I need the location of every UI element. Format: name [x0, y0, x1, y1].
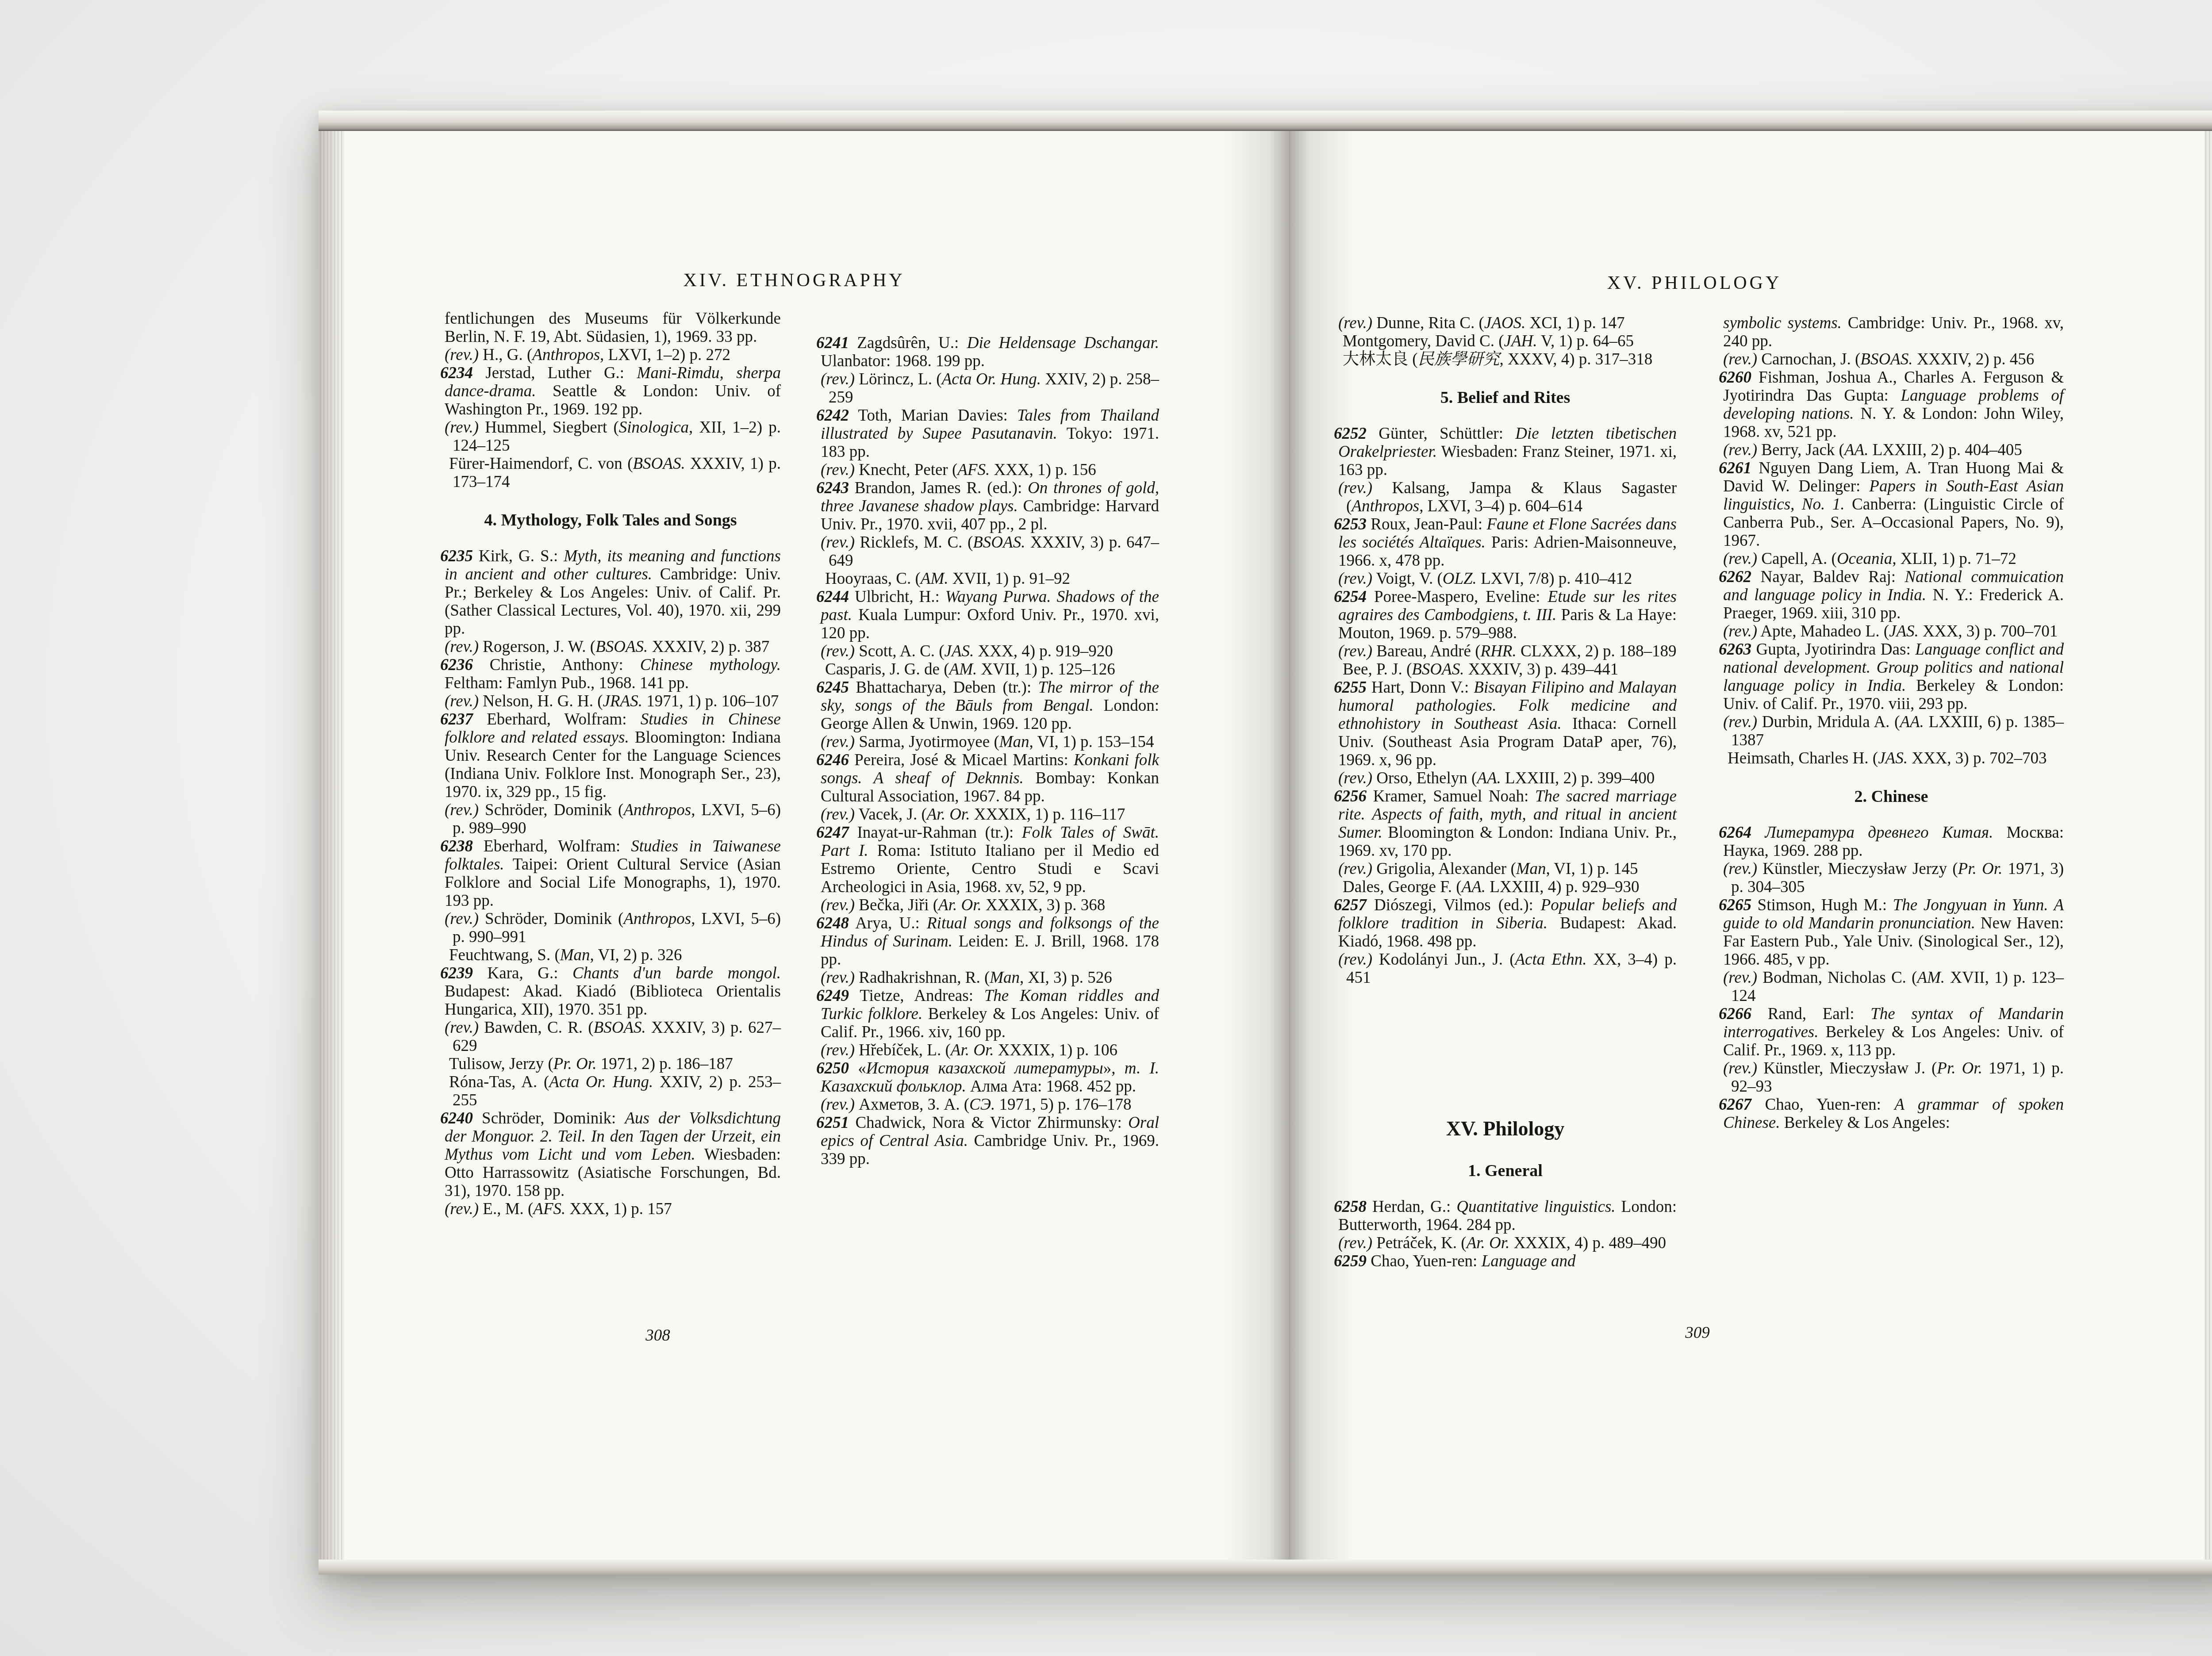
review-line: (rev.) Hummel, Siegbert (Sinologica, XII… — [440, 418, 781, 455]
text-run: (rev.) — [821, 533, 855, 552]
right-running-head: XV. PHILOLOGY — [1517, 272, 1871, 294]
review-line: (rev.) Capell, A. (Oceania, XLII, 1) p. … — [1719, 550, 2064, 568]
review-line: (rev.) Radhakrishnan, R. (Man, XI, 3) p.… — [816, 969, 1159, 987]
text-run: Eberhard, Wolfram: — [473, 710, 641, 728]
text-run: XXXIX, 1) p. 106 — [994, 1041, 1118, 1059]
book-top-page-edges — [319, 111, 2212, 131]
review-line: (rev.) Petráček, K. (Ar. Or. XXXIX, 4) p… — [1334, 1234, 1677, 1252]
book-left-page-edges — [319, 131, 344, 1560]
entry-number: 6240 — [440, 1109, 473, 1127]
review-line-secondary: Casparis, J. G. de (AM. XVII, 1) p. 125–… — [816, 660, 1159, 678]
text-run: Hart, Donn V.: — [1367, 678, 1474, 697]
bib-entry: 6250 «История казахской литературы», т. … — [816, 1059, 1159, 1096]
text-run: Roma: Istituto Italiano per il Medio ed … — [821, 842, 1159, 896]
left-page-number: 308 — [634, 1326, 682, 1345]
entry-number: 6245 — [816, 678, 849, 697]
entry-number: 6239 — [440, 964, 473, 982]
text-run: XXX, 3) p. 702–703 — [1908, 749, 2047, 767]
text-run: AM. — [921, 570, 949, 588]
review-line-secondary: Hooyraas, C. (AM. XVII, 1) p. 91–92 — [816, 570, 1159, 588]
text-run: XXXIV, 3) p. 439–441 — [1464, 660, 1618, 678]
text-run: AA. — [1844, 441, 1868, 459]
text-run: JAS. — [945, 642, 974, 660]
text-run: 1971, 1) p. 106–107 — [642, 692, 779, 710]
bib-entry: 6255 Hart, Donn V.: Bisayan Filipino and… — [1334, 678, 1677, 769]
text-run: 1971, 5) p. 176–178 — [995, 1096, 1131, 1114]
text-run: (rev.) — [445, 346, 479, 364]
review-line-secondary: Róna-Tas, A. (Acta Or. Hung. XXIV, 2) p.… — [440, 1073, 781, 1109]
text-run: Pr. Or. — [1937, 1059, 1982, 1077]
text-run: Diószegi, Vilmos (ed.): — [1367, 896, 1541, 914]
text-run: XXXIV, 2) p. 387 — [648, 638, 769, 656]
text-run: Language and — [1482, 1252, 1576, 1270]
bib-entry: 6244 Ulbricht, H.: Wayang Purwa. Shadows… — [816, 588, 1159, 642]
text-run: OLZ. — [1443, 570, 1477, 588]
text-run: (rev.) — [1723, 550, 1757, 568]
text-run: Schröder, Dominik: — [473, 1109, 625, 1127]
text-run: XVII, 1) p. 125–126 — [977, 660, 1115, 678]
text-run: AM. — [949, 660, 977, 678]
text-run: , XI, 3) p. 526 — [1020, 969, 1112, 987]
text-run: Chinese mythology. — [640, 656, 781, 674]
bib-entry: 6246 Pereira, José & Micael Martins: Kon… — [816, 751, 1159, 805]
bib-entry: 6239 Kara, G.: Chants d'un barde mongol.… — [440, 964, 781, 1019]
text-run: Gupta, Jyotirindra Das: — [1751, 640, 1915, 659]
text-run: AFS. — [533, 1200, 565, 1218]
text-run: 2. Chinese — [1855, 787, 1928, 806]
text-run: (rev.) — [1723, 969, 1757, 987]
text-run: , LXVI, 1–2) p. 272 — [600, 346, 730, 364]
review-line: (rev.) Künstler, Mieczysław J. (Pr. Or. … — [1719, 1059, 2064, 1096]
text-run: Capell, A. ( — [1757, 550, 1837, 568]
bib-entry: 6245 Bhattacharya, Deben (tr.): The mirr… — [816, 678, 1159, 733]
text-run: XXXIV, 2) p. 456 — [1912, 350, 2034, 368]
entry-number: 6236 — [440, 656, 473, 674]
review-line: (rev.) Bareau, André (RHR. CLXXX, 2) p. … — [1334, 642, 1677, 660]
text-run: Bečka, Jiři ( — [855, 896, 938, 914]
bib-entry: 6266 Rand, Earl: The syntax of Mandarin … — [1719, 1005, 2064, 1059]
review-line-secondary: Fürer-Haimendorf, C. von (BSOAS. XXXIV, … — [440, 455, 781, 491]
text-run: Sarma, Jyotirmoyee ( — [855, 733, 999, 751]
text-run: JAH. — [1504, 332, 1537, 350]
text-run: Vacek, J. ( — [855, 805, 927, 824]
text-run: (rev.) — [445, 638, 479, 656]
text-run: (rev.) — [821, 969, 855, 987]
text-run: Künstler, Mieczysław Jerzy ( — [1757, 860, 1958, 878]
left-page-column-2: 6241 Zagdsûrên, U.: Die Heldensage Dscha… — [816, 334, 1159, 1168]
text-run: AA. — [1477, 769, 1501, 787]
review-line: (rev.) Kalsang, Jampa & Klaus Sagaster (… — [1334, 479, 1677, 515]
text-run: Casparis, J. G. de ( — [825, 660, 949, 678]
review-line: (rev.) Bodman, Nicholas C. (AM. XVII, 1)… — [1719, 969, 2064, 1005]
entry-number: 6266 — [1719, 1005, 1751, 1023]
text-run: Oceania — [1837, 550, 1892, 568]
text-run: CLXXX, 2) p. 188–189 — [1517, 642, 1677, 660]
review-line: (rev.) Ахметов, З. А. (СЭ. 1971, 5) p. 1… — [816, 1096, 1159, 1114]
text-run: XXX, 1) p. 157 — [565, 1200, 672, 1218]
review-line: (rev.) Bawden, C. R. (BSOAS. XXXIV, 3) p… — [440, 1019, 781, 1055]
text-run: 民族學研究 — [1418, 350, 1500, 368]
review-line: (rev.) Apte, Mahadeo L. (JAS. XXX, 3) p.… — [1719, 622, 2064, 640]
text-run: , VI, 2) p. 326 — [590, 946, 682, 964]
text-run: Tietze, Andreas: — [849, 987, 984, 1005]
bib-entry: 6260 Fishman, Joshua A., Charles A. Ferg… — [1719, 368, 2064, 441]
entry-number: 6265 — [1719, 896, 1751, 914]
text-run: Ar. Or. — [927, 805, 970, 824]
text-run: Tulisow, Jerzy ( — [449, 1055, 553, 1073]
text-run: Schröder, Dominik ( — [479, 910, 623, 928]
text-run — [1751, 824, 1765, 842]
text-run: symbolic systems. — [1723, 314, 1842, 332]
text-run: Ulanbator: 1968. 199 pp. — [821, 352, 985, 370]
text-run: Roux, Jean-Paul: — [1367, 515, 1486, 533]
text-run: (rev.) — [445, 692, 479, 710]
text-run: Carnochan, J. ( — [1757, 350, 1860, 368]
bib-entry: 6258 Herdan, G.: Quantitative linguistic… — [1334, 1198, 1677, 1234]
text-run: Ulbricht, H.: — [849, 588, 945, 606]
text-run: , LXVI, 3–4) p. 604–614 — [1419, 497, 1582, 515]
text-run: (rev.) — [821, 733, 855, 751]
text-run: 1971, 2) p. 186–187 — [596, 1055, 733, 1073]
text-run: Алма Ата: 1968. 452 pp. — [966, 1077, 1136, 1096]
text-run: Berkeley & Los Angeles: — [1780, 1114, 1950, 1132]
entry-number: 6244 — [816, 588, 849, 606]
text-run: Jerstad, Luther G.: — [473, 364, 637, 382]
review-line: (rev.) Kodolányi Jun., J. (Acta Ethn. XX… — [1334, 951, 1677, 987]
text-run: Ricklefs, M. C. ( — [855, 533, 973, 552]
entry-number: 6235 — [440, 547, 473, 565]
text-run: V, 1) p. 64–65 — [1537, 332, 1634, 350]
bib-entry: 6262 Nayar, Baldev Raj: National commuic… — [1719, 568, 2064, 622]
text-run: Knecht, Peter ( — [855, 461, 957, 479]
text-run: 4. Mythology, Folk Tales and Songs — [484, 511, 737, 529]
text-run: LXVI, 7/8) p. 410–412 — [1477, 570, 1632, 588]
text-run: XXXIX, 3) p. 368 — [982, 896, 1106, 914]
bib-entry: 6241 Zagdsûrên, U.: Die Heldensage Dscha… — [816, 334, 1159, 370]
text-run: JAS. — [1889, 622, 1919, 640]
text-run: Eberhard, Wolfram: — [473, 837, 631, 855]
review-line: (rev.) Vacek, J. (Ar. Or. XXXIX, 1) p. 1… — [816, 805, 1159, 824]
text-run: Bodman, Nicholas C. ( — [1757, 969, 1917, 987]
bib-entry: 6261 Nguyen Dang Liem, A. Tran Huong Mai… — [1719, 459, 2064, 550]
text-run: Ar. Or. — [938, 896, 982, 914]
text-run: Sinologica — [619, 418, 689, 437]
entry-number: 6247 — [816, 824, 849, 842]
text-run: Pr. Or. — [553, 1055, 597, 1073]
text-run: Kara, G.: — [473, 964, 572, 982]
text-run: Inayat-ur-Rahman (tr.): — [849, 824, 1022, 842]
text-run: Hooyraas, C. ( — [825, 570, 921, 588]
text-run: Montgomery, David C. ( — [1343, 332, 1504, 350]
text-run: Durbin, Mridula A. ( — [1757, 713, 1900, 731]
entry-number: 6243 — [816, 479, 849, 497]
text-run: Zagdsûrên, U.: — [849, 334, 967, 352]
review-line: (rev.) Bečka, Jiři (Ar. Or. XXXIX, 3) p.… — [816, 896, 1159, 914]
text-run: Acta Or. Hung. — [942, 370, 1041, 388]
text-run: XVII, 1) p. 91–92 — [948, 570, 1070, 588]
bib-entry: 6256 Kramer, Samuel Noah: The sacred mar… — [1334, 787, 1677, 860]
text-run: Voigt, V. ( — [1372, 570, 1443, 588]
text-run: (rev.) — [821, 805, 855, 824]
entry-number: 6260 — [1719, 368, 1751, 387]
text-run: Chao, Yuen-ren: — [1751, 1096, 1894, 1114]
text-run: Quantitative linguistics. — [1456, 1198, 1615, 1216]
review-line: (rev.) Lörincz, L. (Acta Or. Hung. XXIV,… — [816, 370, 1159, 406]
text-run: BSOAS. — [633, 455, 685, 473]
entry-number: 6248 — [816, 914, 849, 932]
text-run: Pr. Or. — [1958, 860, 2003, 878]
text-run: BSOAS. — [973, 533, 1025, 552]
text-run: Kirk, G. S.: — [473, 547, 564, 565]
text-run: Christie, Anthony: — [473, 656, 640, 674]
text-run: Radhakrishnan, R. ( — [855, 969, 990, 987]
text-run: Man — [990, 969, 1020, 987]
bib-entry: 6263 Gupta, Jyotirindra Das: Language co… — [1719, 640, 2064, 713]
bib-entry: 6247 Inayat-ur-Rahman (tr.): Folk Tales … — [816, 824, 1159, 896]
text-run: Anthropos — [623, 910, 691, 928]
text-run: Nayar, Baldev Raj: — [1751, 568, 1905, 586]
bib-entry: 6264 Литература древнего Китая. Москва: … — [1719, 824, 2064, 860]
text-run: (rev.) — [821, 1096, 855, 1114]
text-run: Hřebíček, L. ( — [855, 1041, 951, 1059]
bib-entry: 6236 Christie, Anthony: Chinese mytholog… — [440, 656, 781, 692]
text-run: Acta Or. Hung. — [549, 1073, 653, 1091]
text-run: Günter, Schüttler: — [1367, 425, 1515, 443]
text-run: XXX, 1) p. 156 — [990, 461, 1096, 479]
text-run: Dales, George F. ( — [1343, 878, 1462, 896]
text-run: AA. — [1462, 878, 1486, 896]
text-run: Acta Ethn. — [1515, 951, 1586, 969]
bib-entry: 6251 Chadwick, Nora & Victor Zhirmunsky:… — [816, 1114, 1159, 1168]
text-run: Scott, A. C. ( — [855, 642, 945, 660]
text-run: Anthropos — [623, 801, 691, 819]
review-line: (rev.) Scott, A. C. (JAS. XXX, 4) p. 919… — [816, 642, 1159, 660]
review-line: (rev.) Ricklefs, M. C. (BSOAS. XXXIV, 3)… — [816, 533, 1159, 570]
text-run: Bloomington & London: Indiana Univ. Pr.,… — [1338, 824, 1677, 860]
text-run: AM. — [1917, 969, 1945, 987]
bib-entry: 6254 Poree-Maspero, Eveline: Etude sur l… — [1334, 588, 1677, 642]
text-run: XV. Philology — [1446, 1117, 1565, 1140]
text-run: (rev.) — [445, 1019, 479, 1037]
text-run: Fürer-Haimendorf, C. von ( — [449, 455, 633, 473]
text-run: Orso, Ethelyn ( — [1372, 769, 1477, 787]
text-run: RHR. — [1481, 642, 1517, 660]
left-running-head: XIV. ETHNOGRAPHY — [617, 270, 971, 291]
review-line-secondary: 大林太良 (民族學研究, XXXV, 4) p. 317–318 — [1334, 350, 1677, 368]
right-page-number: 309 — [1673, 1323, 1722, 1342]
left-page-column-1: fentlichungen des Museums für Völkerkund… — [440, 310, 781, 1218]
text-run: E., M. ( — [479, 1200, 533, 1218]
text-run: Man — [1516, 860, 1546, 878]
entry-number: 6263 — [1719, 640, 1751, 659]
text-run: JAS. — [1878, 749, 1908, 767]
review-line-secondary: Montgomery, David C. (JAH. V, 1) p. 64–6… — [1334, 332, 1677, 350]
review-line: (rev.) E., M. (AFS. XXX, 1) p. 157 — [440, 1200, 781, 1218]
open-book: XIV. ETHNOGRAPHY XV. PHILOLOGY fentlichu… — [319, 111, 2212, 1575]
text-run: Chadwick, Nora & Victor Zhirmunsky: — [849, 1114, 1128, 1132]
entry-number: 6262 — [1719, 568, 1751, 586]
section-heading: 1. General — [1334, 1162, 1677, 1180]
bib-entry: 6237 Eberhard, Wolfram: Studies in Chine… — [440, 710, 781, 801]
text-run: (rev.) — [1723, 860, 1757, 878]
book-photo-background: XIV. ETHNOGRAPHY XV. PHILOLOGY fentlichu… — [0, 0, 2212, 1656]
text-run: Lörincz, L. ( — [855, 370, 942, 388]
bib-entry: 6234 Jerstad, Luther G.: Mani-Rimdu, she… — [440, 364, 781, 418]
text-run: Heimsath, Charles H. ( — [1728, 749, 1878, 767]
review-line: (rev.) Sarma, Jyotirmoyee (Man, VI, 1) p… — [816, 733, 1159, 751]
review-line: (rev.) Künstler, Mieczysław Jerzy (Pr. O… — [1719, 860, 2064, 896]
text-run: , VI, 1) p. 153–154 — [1029, 733, 1154, 751]
text-run: (rev.) — [1723, 350, 1757, 368]
section-heading: 2. Chinese — [1719, 788, 2064, 806]
entry-number: 6261 — [1719, 459, 1751, 477]
right-page-column-2: symbolic systems. Cambridge: Univ. Pr., … — [1719, 314, 2064, 1132]
text-run: XXX, 4) p. 919–920 — [974, 642, 1113, 660]
bib-entry: 6267 Chao, Yuen-ren: A grammar of spoken… — [1719, 1096, 2064, 1132]
text-run: Feltham: Famlyn Pub., 1968. 141 pp. — [445, 674, 689, 692]
text-run: Anthropos — [532, 346, 600, 364]
text-run: AFS. — [957, 461, 990, 479]
text-run: LXXIII, 4) p. 929–930 — [1486, 878, 1639, 896]
review-line: (rev.) Grigolia, Alexander (Man, VI, 1) … — [1334, 860, 1677, 878]
bib-entry: 6252 Günter, Schüttler: Die letzten tibe… — [1334, 425, 1677, 479]
book-right-page-edges — [2204, 131, 2212, 1560]
section-heading: 5. Belief and Rites — [1334, 389, 1677, 407]
text-run: 1. General — [1468, 1161, 1543, 1180]
text-run: (rev.) — [1723, 1059, 1757, 1077]
entry-number: 6238 — [440, 837, 473, 855]
bib-entry: 6238 Eberhard, Wolfram: Studies in Taiwa… — [440, 837, 781, 910]
text-run: Ar. Or. — [1467, 1234, 1510, 1252]
bib-entry: 6240 Schröder, Dominik: Aus der Volksdic… — [440, 1109, 781, 1200]
text-run: BSOAS. — [594, 1019, 646, 1037]
text-run: JRAS. — [603, 692, 642, 710]
bib-entry: 6259 Chao, Yuen-ren: Language and — [1334, 1252, 1677, 1270]
entry-number: 6246 — [816, 751, 849, 769]
review-line: (rev.) Dunne, Rita C. (JAOS. XCI, 1) p. … — [1334, 314, 1677, 332]
text-run: Ar. Or. — [951, 1041, 994, 1059]
bib-entry: 6235 Kirk, G. S.: Myth, its meaning and … — [440, 547, 781, 638]
text-run: Kuala Lumpur: Oxford Univ. Pr., 1970. xv… — [821, 606, 1159, 642]
review-line: (rev.) Rogerson, J. W. (BSOAS. XXXIV, 2)… — [440, 638, 781, 656]
text-run: Budapest: Akad. Kiadó (Biblioteca Orient… — [445, 982, 781, 1019]
review-line-secondary: Feuchtwang, S. (Man, VI, 2) p. 326 — [440, 946, 781, 964]
text-run: , VI, 1) p. 145 — [1546, 860, 1638, 878]
text-run: , XXXV, 4) p. 317–318 — [1500, 350, 1653, 368]
text-run: », — [1103, 1059, 1125, 1077]
text-run: Bawden, C. R. ( — [479, 1019, 594, 1037]
review-line: (rev.) Durbin, Mridula A. (AA. LXXIII, 6… — [1719, 713, 2064, 749]
text-run: СЭ. — [969, 1096, 995, 1114]
text-run: (rev.) — [445, 418, 479, 437]
text-run: (rev.) — [445, 801, 479, 819]
text-run: (rev.) — [1723, 713, 1757, 731]
book-gutter-shadow — [1223, 131, 1356, 1560]
entry-number: 6249 — [816, 987, 849, 1005]
text-run: Poree-Maspero, Eveline: — [1367, 588, 1548, 606]
text-run: , XLII, 1) p. 71–72 — [1892, 550, 2016, 568]
book-bottom-page-edges — [319, 1560, 2212, 1575]
text-run: (rev.) — [821, 1041, 855, 1059]
text-run: Dunne, Rita C. ( — [1372, 314, 1484, 332]
text-run: LXXIII, 2) p. 399–400 — [1501, 769, 1655, 787]
text-run: fentlichungen des Museums für Völkerkund… — [445, 310, 781, 346]
text-run: (rev.) — [445, 1200, 479, 1218]
text-run: (rev.) — [821, 896, 855, 914]
text-run: Chao, Yuen-ren: — [1367, 1252, 1482, 1270]
text-run: Hummel, Siegbert ( — [479, 418, 619, 437]
entry-number: 6251 — [816, 1114, 849, 1132]
text-run: XXX, 3) p. 700–701 — [1919, 622, 2058, 640]
chapter-heading: XV. Philology — [1334, 1119, 1677, 1138]
text-run: Feuchtwang, S. ( — [449, 946, 560, 964]
review-line: (rev.) Schröder, Dominik (Anthropos, LXV… — [440, 910, 781, 946]
review-line: (rev.) Schröder, Dominik (Anthropos, LXV… — [440, 801, 781, 837]
entry-number: 6242 — [816, 406, 849, 425]
text-run: Bareau, André ( — [1372, 642, 1481, 660]
section-heading: 4. Mythology, Folk Tales and Songs — [440, 511, 781, 529]
entry-number: 6241 — [816, 334, 849, 352]
text-run: (rev.) — [1723, 622, 1757, 640]
review-line: (rev.) Berry, Jack (AA. LXXIII, 2) p. 40… — [1719, 441, 2064, 459]
text-run: BSOAS. — [1860, 350, 1912, 368]
review-line-secondary: Bee, P. J. (BSOAS. XXXIV, 3) p. 439–441 — [1334, 660, 1677, 678]
text-run: Ахметов, З. А. ( — [855, 1096, 969, 1114]
review-line: (rev.) Voigt, V. (OLZ. LXVI, 7/8) p. 410… — [1334, 570, 1677, 588]
text-run: Brandon, James R. (ed.): — [849, 479, 1028, 497]
bib-entry: 6265 Stimson, Hugh M.: The Jongyuan in Y… — [1719, 896, 2064, 969]
review-line: (rev.) Nelson, H. G. H. (JRAS. 1971, 1) … — [440, 692, 781, 710]
text-run: Литература древнего Китая. — [1765, 824, 1993, 842]
right-page-column-1: (rev.) Dunne, Rita C. (JAOS. XCI, 1) p. … — [1334, 314, 1677, 1270]
text-run: (rev.) — [821, 370, 855, 388]
text-run: AA. — [1900, 713, 1924, 731]
entry-number: 6264 — [1719, 824, 1751, 842]
text-run: (rev.) — [821, 642, 855, 660]
text-run: Anthropos — [1352, 497, 1419, 515]
text-run: История казахской литературы — [866, 1059, 1103, 1077]
text-run: Die Heldensage Dschangar. — [967, 334, 1159, 352]
text-run: (rev.) — [1723, 441, 1757, 459]
bib-entry-continuation: fentlichungen des Museums für Völkerkund… — [440, 310, 781, 346]
text-run: (rev.) — [821, 461, 855, 479]
review-line: (rev.) H., G. (Anthropos, LXVI, 1–2) p. … — [440, 346, 781, 364]
review-line: (rev.) Knecht, Peter (AFS. XXX, 1) p. 15… — [816, 461, 1159, 479]
bib-entry: 6249 Tietze, Andreas: The Koman riddles … — [816, 987, 1159, 1041]
review-line: (rev.) Hřebíček, L. (Ar. Or. XXXIX, 1) p… — [816, 1041, 1159, 1059]
text-run: XXXIX, 1) p. 116–117 — [970, 805, 1125, 824]
text-run: Rand, Earl: — [1751, 1005, 1870, 1023]
entry-number: 6250 — [816, 1059, 849, 1077]
text-run: Kodolányi Jun., J. ( — [1372, 951, 1515, 969]
text-run: H., G. ( — [479, 346, 532, 364]
text-run: Grigolia, Alexander ( — [1372, 860, 1516, 878]
text-run: Petráček, K. ( — [1372, 1234, 1467, 1252]
text-run: Róna-Tas, A. ( — [449, 1073, 549, 1091]
entry-number: 6267 — [1719, 1096, 1751, 1114]
review-line-secondary: Dales, George F. (AA. LXXIII, 4) p. 929–… — [1334, 878, 1677, 896]
text-run: Künstler, Mieczysław J. ( — [1757, 1059, 1937, 1077]
bib-entry: 6243 Brandon, James R. (ed.): On thrones… — [816, 479, 1159, 533]
entry-number: 6237 — [440, 710, 473, 728]
bib-entry-continuation: symbolic systems. Cambridge: Univ. Pr., … — [1719, 314, 2064, 350]
text-run: « — [849, 1059, 866, 1077]
entry-number: 6234 — [440, 364, 473, 382]
text-run: Bhattacharya, Deben (tr.): — [849, 678, 1038, 697]
bib-entry: 6242 Toth, Marian Davies: Tales from Tha… — [816, 406, 1159, 461]
text-run: (rev.) — [445, 910, 479, 928]
review-line: (rev.) Orso, Ethelyn (AA. LXXIII, 2) p. … — [1334, 769, 1677, 787]
